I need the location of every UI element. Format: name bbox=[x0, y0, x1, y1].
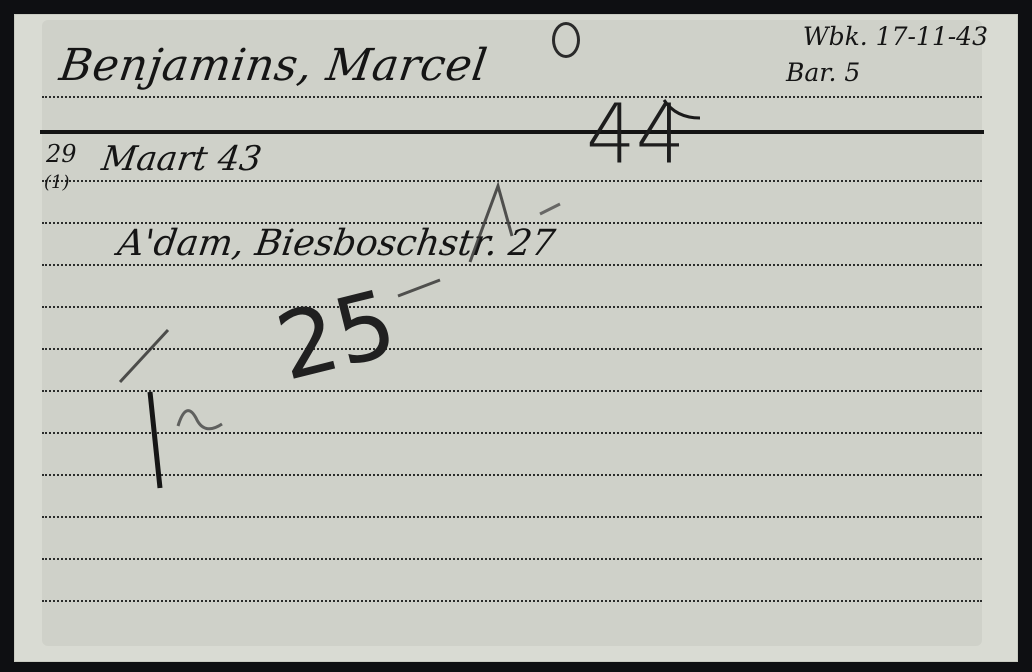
pencil-strokes-icon bbox=[0, 0, 1032, 672]
